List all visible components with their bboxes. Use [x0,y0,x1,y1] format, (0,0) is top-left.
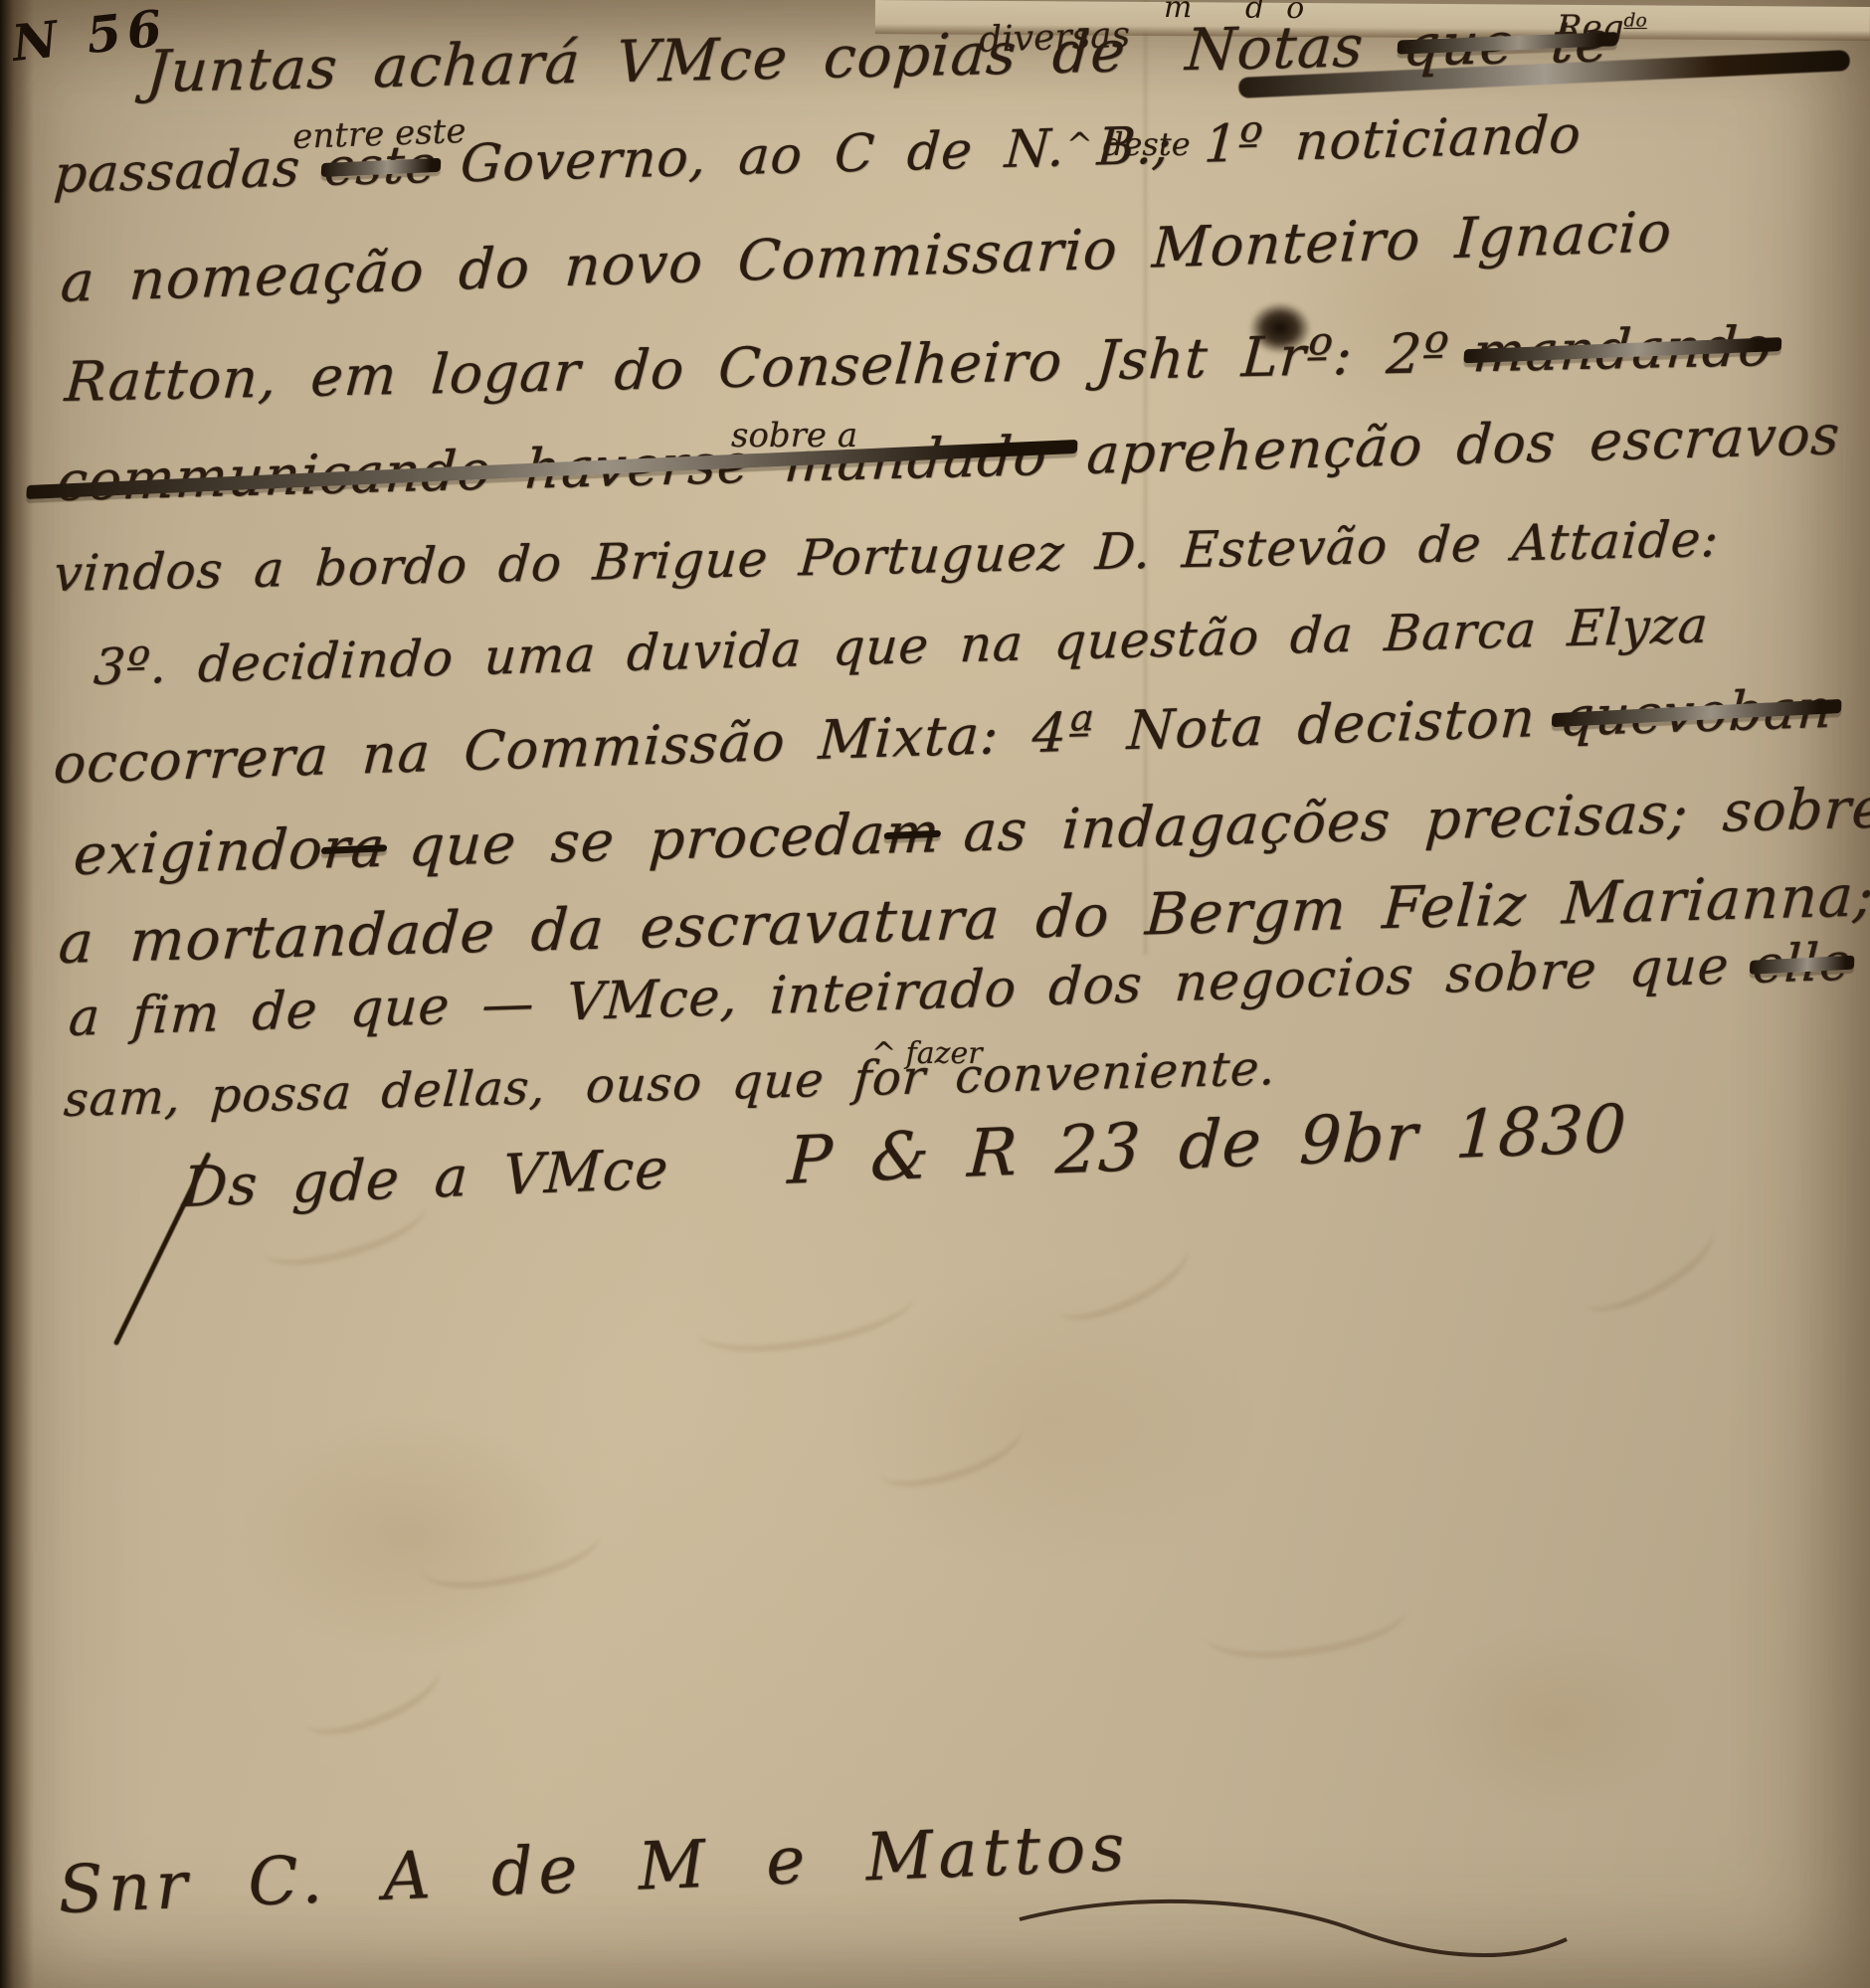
struck-text: que te [1402,7,1613,79]
ink-showthrough-mark [1567,1200,1727,1329]
line-text: Governo, ao C de N. B.; 1º noticiando [460,105,1584,195]
struck-text: ra [321,815,387,882]
line-text: vindos a bordo do Brigue Portuguez D. Es… [52,510,1721,603]
struck-text: este [322,135,439,198]
signature-flourish [1015,1885,1572,1974]
manuscript-line-7: 3º. decidindo uma duvida que na questão … [93,597,1709,696]
line-text: ouso que for conveniente. [584,1040,1277,1114]
page-left-dark-edge [0,0,34,1988]
ink-showthrough-mark [1043,1219,1199,1336]
struck-text: mandando [1471,314,1775,384]
line-text: 3º. decidindo uma duvida que na questão … [92,596,1710,696]
line-text: sam, possa dellas, [63,1059,548,1128]
manuscript-line-6: vindos a bordo do Brigue Portuguez D. Es… [54,510,1720,603]
line-text: que se proceda [407,803,887,880]
addressee-line: Snr C. A de M e Mattos [57,1809,1131,1928]
valediction-text: Ds gde a VMce [181,1137,670,1220]
manuscript-line-4: Ratton, em logar do Conselheiro Jsht Lrº… [65,314,1774,414]
line-text: Notas [1184,12,1367,84]
paper-stain [1373,1591,1731,1850]
struck-text: communicando haverse mandado [55,424,1049,513]
manuscript-line-8: occorrera na Commissão Mixta: 4ª Nota de… [53,677,1833,796]
ink-showthrough-mark [292,1641,449,1749]
line-text: passadas [52,138,302,205]
ink-showthrough-mark [870,1398,1030,1500]
line-text: aprehenção dos escravos [1085,403,1842,486]
line-text: occorrera na Commissão Mixta: 4ª Nota de… [52,686,1537,796]
line-text: exigindo [72,816,325,888]
struck-text: elle [1752,933,1853,995]
manuscript-line-5: communicando haverse mandadoaprehenção d… [56,403,1841,513]
ink-showthrough-mark [413,1499,607,1602]
line-text: as indagações precisas; sobre [962,776,1870,864]
registry-abbrev-superscript: do [1624,11,1647,32]
line-text: a nomeação do novo Commissario Monteiro … [59,200,1674,315]
manuscript-page: m do N 56 diversas Regdo entre este ^ de… [0,0,1870,1988]
place-date-text: P & R 23 de 9br 1830 [786,1090,1628,1199]
line-text: Juntas achará VMce copias de [144,17,1128,105]
struck-text: quevoban [1558,677,1834,749]
ink-showthrough-mark [692,1259,920,1364]
manuscript-line-2: passadasesteGoverno, ao C de N. B.; 1º n… [53,105,1582,205]
line-text: Ratton, em logar do Conselheiro Jsht Lrº… [63,321,1451,414]
struck-text: m [884,801,942,867]
manuscript-line-3: a nomeação do novo Commissario Monteiro … [60,200,1673,315]
ink-showthrough-mark [1200,1572,1411,1669]
